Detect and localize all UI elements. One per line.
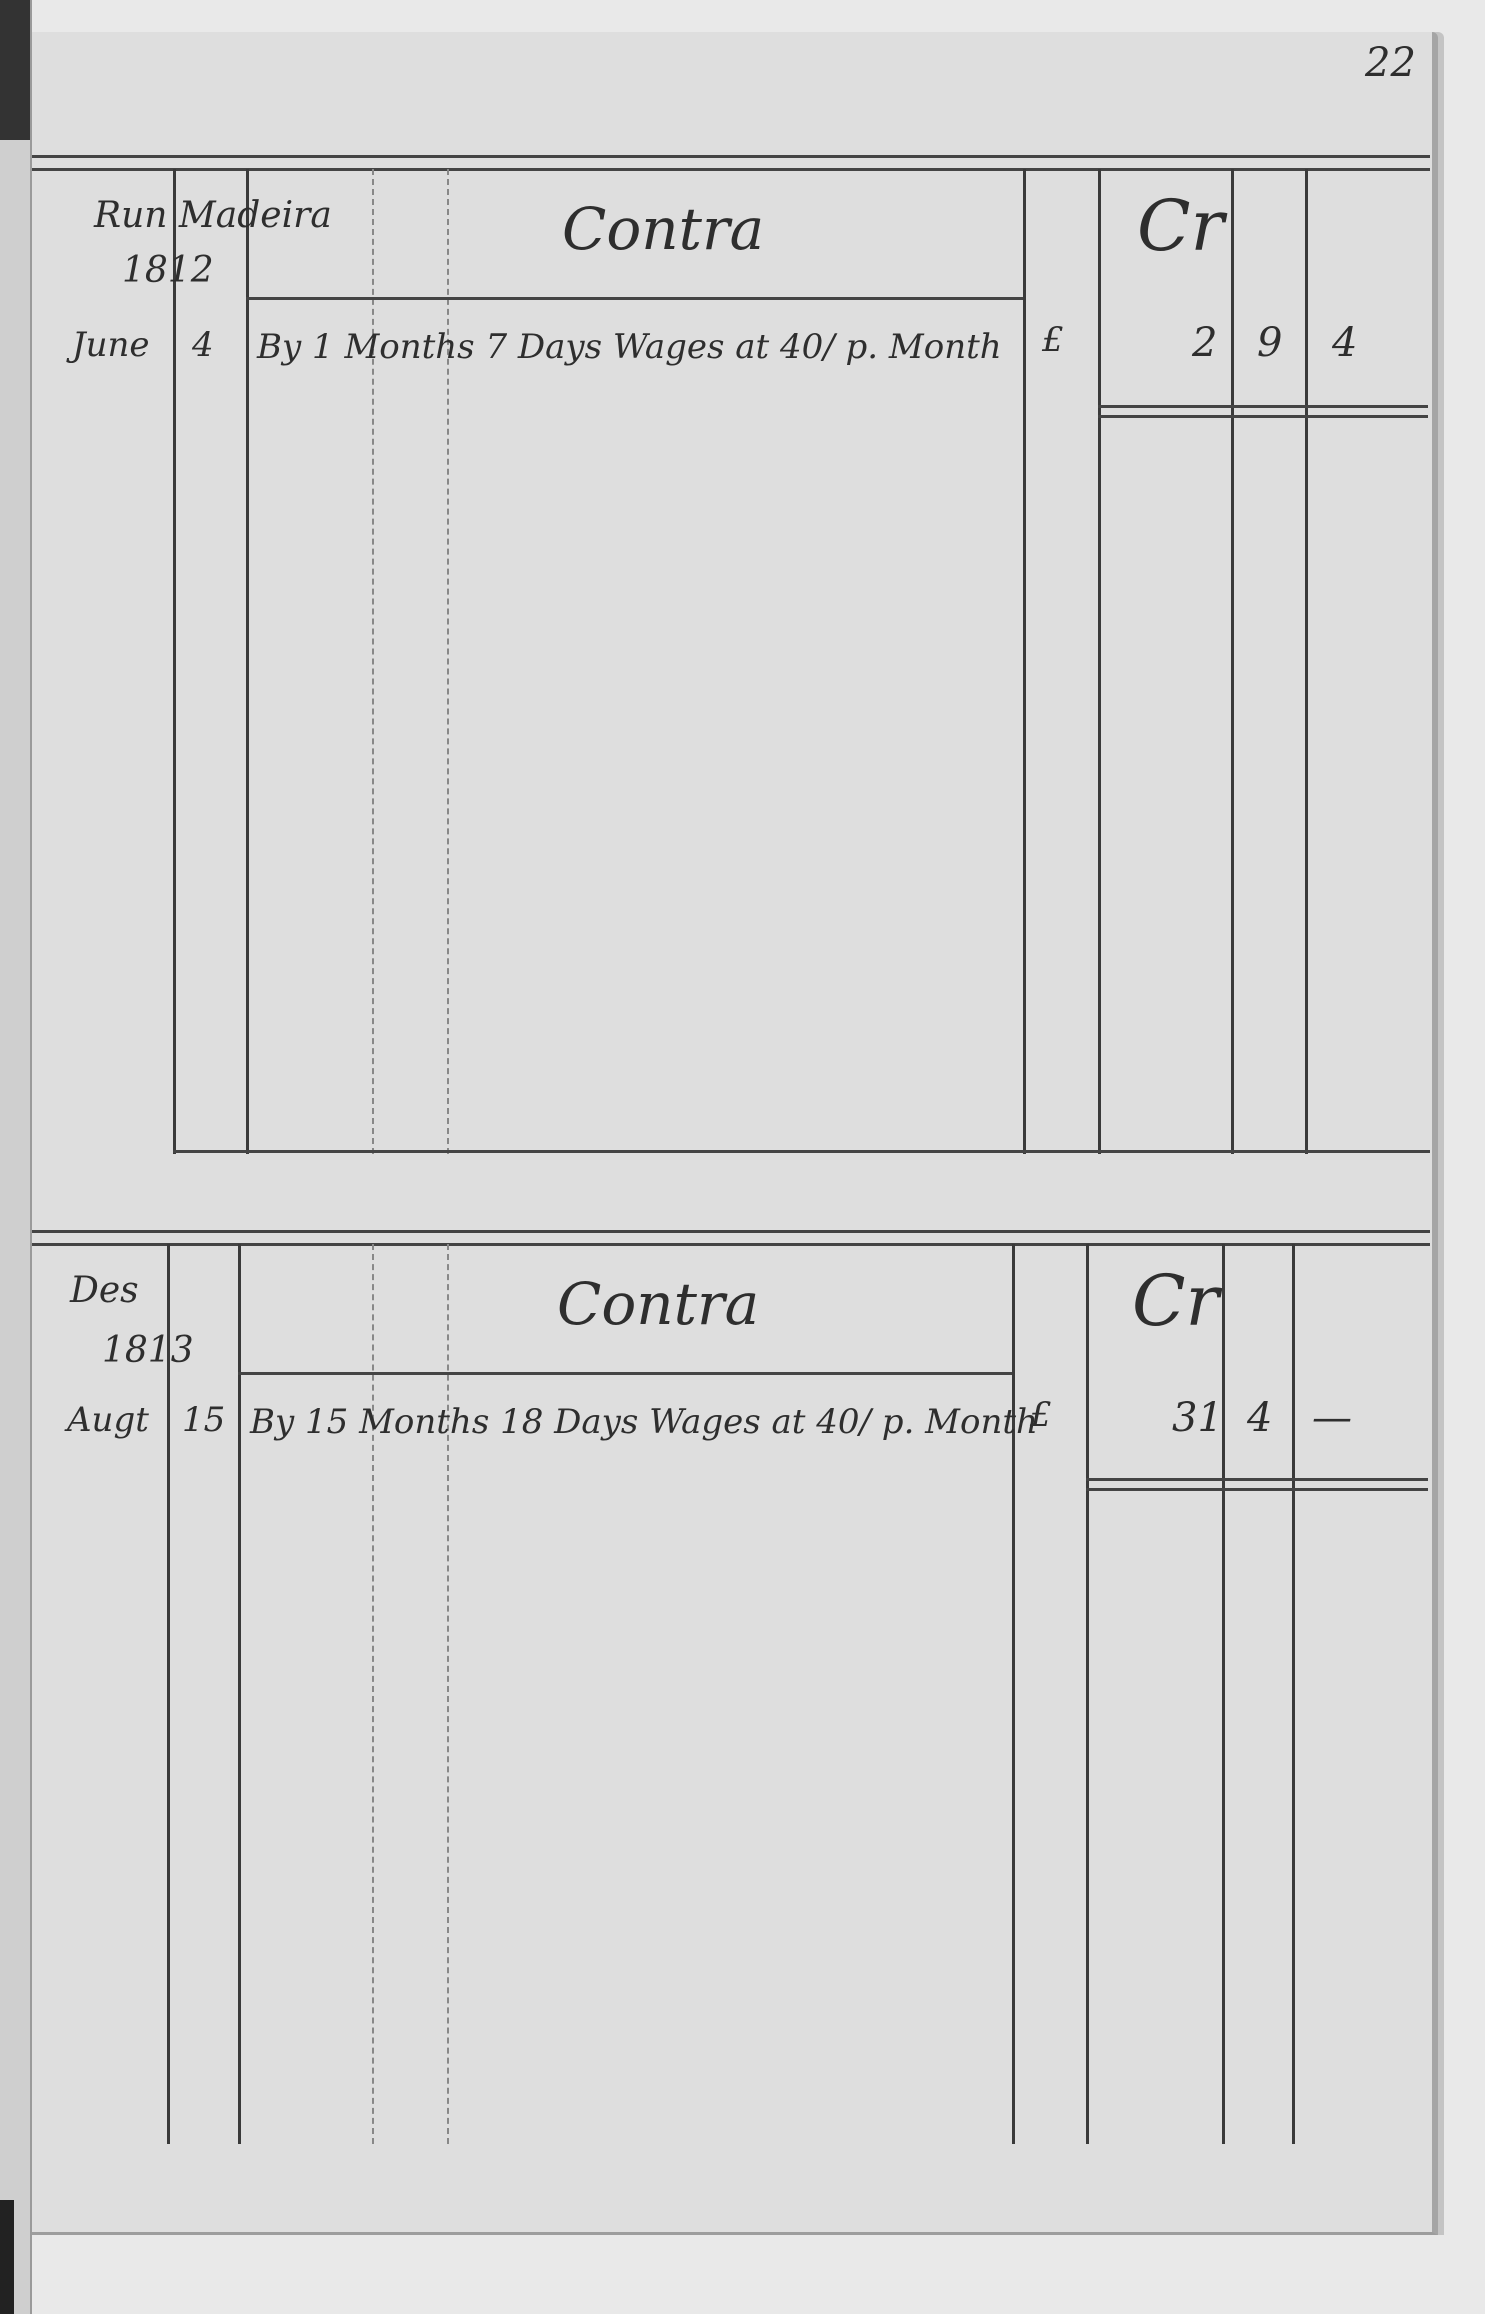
header-double-rule [32,155,1430,171]
total-rule [1086,1478,1428,1481]
column-rule-shillings [1231,169,1234,1154]
total-rule [1098,405,1428,408]
entry-description: By 1 Months 7 Days Wages at 40/ p. Month [257,327,1002,367]
voyage-label: Des [70,1270,139,1311]
column-rule-pence [1305,169,1308,1154]
book-spine [0,0,32,2314]
column-rule-date [173,169,176,1154]
entry-description: By 15 Months 18 Days Wages at 40/ p. Mon… [250,1402,1038,1442]
guide-rule [372,1244,374,2144]
credit-heading: Cr [1132,1260,1219,1342]
column-rule-date [167,1244,170,2144]
entry-folio-ref: £ [1030,1395,1052,1435]
credit-label: Cr [1132,1260,1219,1342]
heading-underline [238,1372,1012,1375]
contra-heading: Contra [557,1270,759,1338]
column-rule-day [246,169,249,1154]
binding-shadow-top [0,0,30,140]
guide-rule [447,169,449,1154]
page-number: 22 [1365,40,1416,86]
entry-shillings: 4 [1247,1395,1272,1441]
entry-folio-ref: £ [1042,320,1064,360]
entry-month: June [72,325,150,365]
year-label: 1813 [102,1330,194,1371]
column-rule-pence [1292,1244,1295,2144]
voyage-label: Run Madeira [94,195,332,236]
column-rule-folio [1023,169,1026,1154]
entry-pence: — [1312,1395,1352,1441]
column-rule-folio [1012,1244,1015,2144]
binding-shadow-bottom [0,2200,14,2314]
guide-rule [447,1244,449,2144]
credit-label: Cr [1137,185,1224,267]
contra-heading: Contra [562,195,764,263]
entry-day: 4 [192,325,214,365]
entry-pounds: 31 [1172,1395,1223,1441]
column-rule-day [238,1244,241,2144]
entry-pounds: 2 [1192,320,1217,366]
ledger-section-1: Run Madeira 1812 Contra Cr June 4 By 1 M… [32,155,1430,1155]
total-rule [1086,1488,1428,1491]
ledger-section-2: Des 1813 Contra Cr Augt 15 By 15 Months … [32,1230,1430,2230]
total-rule [1098,415,1428,418]
year-label: 1812 [122,250,214,291]
section-close-rule [173,1150,1430,1153]
heading-underline [246,297,1023,300]
column-rule-pounds [1086,1244,1089,2144]
column-rule-shillings [1222,1244,1225,2144]
guide-rule [372,169,374,1154]
column-rule-pounds [1098,169,1101,1154]
entry-month: Augt [67,1400,149,1440]
entry-day: 15 [182,1400,225,1440]
header-double-rule [32,1230,1430,1246]
credit-heading: Cr [1137,185,1224,267]
entry-shillings: 9 [1257,320,1282,366]
entry-pence: 4 [1332,320,1357,366]
